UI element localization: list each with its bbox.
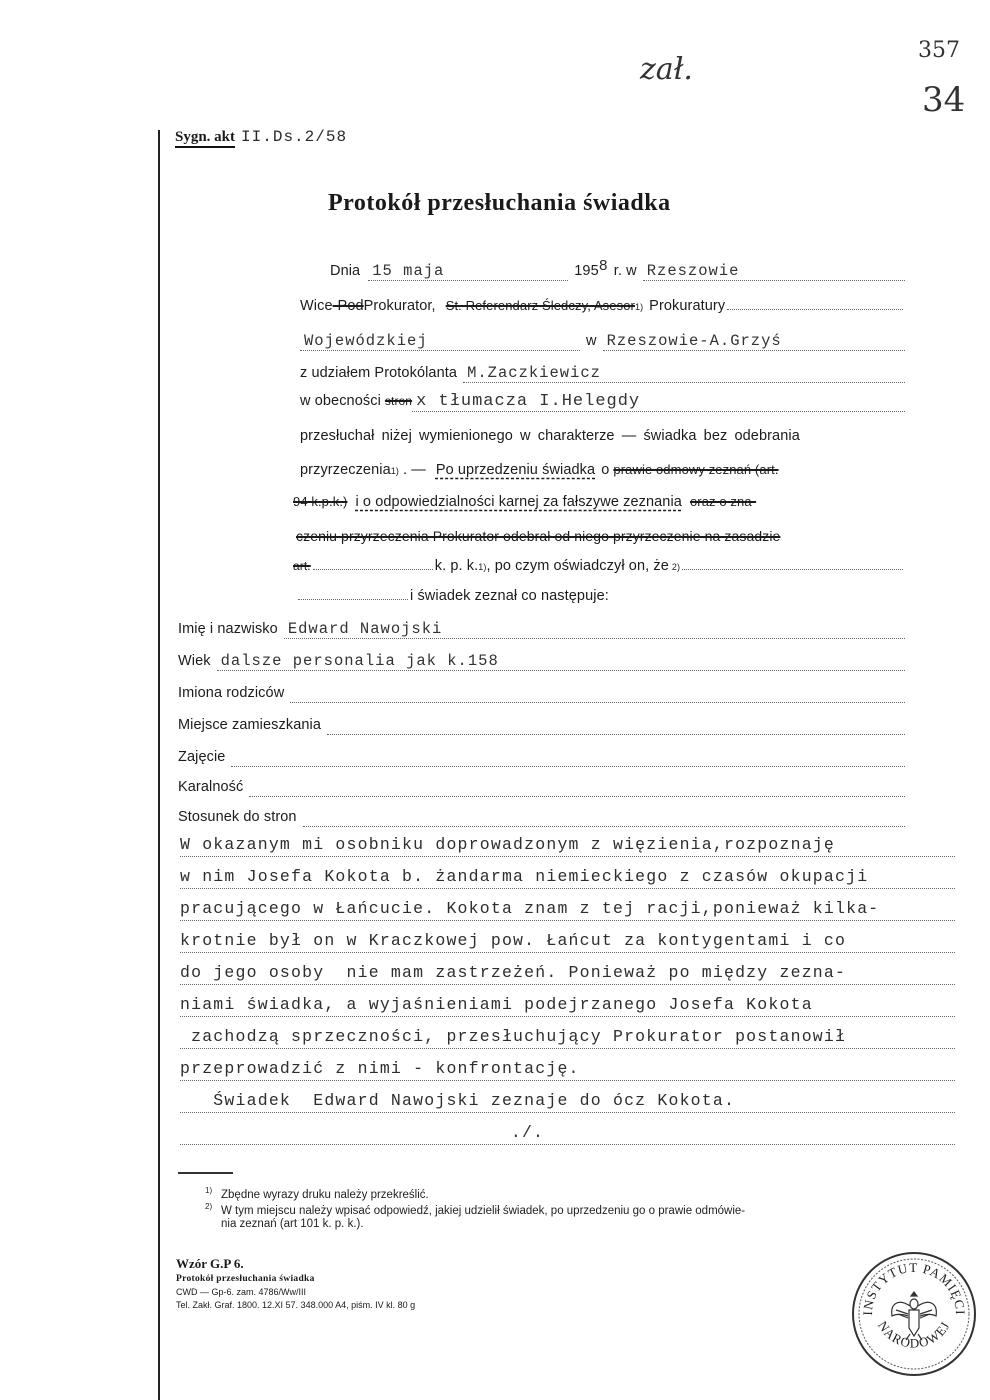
role-prefix: Wice [300, 298, 333, 314]
personal-field-label: Miejsce zamieszkania [178, 717, 321, 733]
presence-value: x tłumacza I.Helegdy [412, 392, 905, 412]
w-label: w [586, 333, 597, 349]
prokuratury-label: Prokuratury [649, 298, 725, 314]
date-label: Dnia [330, 263, 360, 279]
footnote: 2)W tym miejscu należy wpisać odpowiedź,… [205, 1202, 745, 1217]
footnote-text: Zbędne wyrazy druku należy przekreślić. [221, 1189, 429, 1201]
form-model: Wzór G.P 6. [176, 1256, 244, 1272]
place-value: Rzeszowie [643, 262, 905, 281]
role-struck-1: -Pod [333, 298, 364, 314]
para-line-2: przyrzeczenia 1) . — Po uprzedzeniu świa… [300, 462, 905, 478]
footnote-text: nia zeznań (art 101 k. p. k.). [221, 1218, 364, 1230]
para-text-2b: . — [403, 462, 426, 478]
personal-field-value [303, 808, 905, 827]
footnote-ref: 1) [478, 562, 486, 572]
testimony-line: krotnie był on w Kraczkowej pow. Łańcut … [180, 930, 955, 953]
testimony-line: W okazanym mi osobniku doprowadzonym z w… [180, 834, 955, 857]
footnote-ref: 1) [635, 302, 643, 312]
para-text-5: k. p. k. [435, 558, 479, 574]
role-line: Wice -Pod Prokurator, St. Referendarz Śl… [300, 298, 905, 314]
footnote-ref-2: 2) [672, 562, 680, 572]
presence-struck: stron [385, 394, 412, 408]
personal-field-label: Wiek [178, 653, 211, 669]
personal-field-row: Imię i nazwiskoEdward Nawojski [178, 620, 905, 639]
para-struck-2: prawie odmowy zeznań (art. [613, 462, 778, 477]
footnote: nia zeznań (art 101 k. p. k.). [205, 1218, 364, 1230]
svg-text:NARODOWEJ: NARODOWEJ [875, 1318, 953, 1350]
date-line: Dnia 15 maja 195 8 r. w Rzeszowie [330, 262, 905, 281]
presence-label: w obecności [300, 393, 381, 409]
personal-field-value: dalsze personalia jak k.158 [217, 652, 905, 671]
personal-field-label: Imię i nazwisko [178, 621, 278, 637]
stamp-bottom-text: NARODOWEJ [875, 1318, 953, 1350]
para-line-5: art. k. p. k. 1) , po czym oświadczył on… [293, 558, 905, 574]
footnote-separator [178, 1172, 233, 1174]
location-value: Rzeszowie-A.Grzyś [603, 332, 905, 351]
presence-line: w obecności stron x tłumacza I.Helegdy [300, 392, 905, 412]
personal-field-row: Wiekdalsze personalia jak k.158 [178, 652, 905, 671]
personal-field-value [249, 778, 905, 797]
para-text-5-rest: , po czym oświadczył on, że [486, 558, 668, 574]
role-text: Prokurator, [364, 298, 436, 314]
date-value: 15 maja [368, 262, 568, 281]
footnote: 1)Zbędne wyrazy druku należy przekreślić… [205, 1186, 429, 1201]
year-suffix: 8 [599, 258, 608, 275]
para-line-1: przesłuchał niżej wymienionego w charakt… [300, 428, 905, 444]
recorder-line: z udziałem Protokólanta M.Zaczkiewicz [300, 364, 905, 383]
para-text-2c: o [601, 462, 609, 478]
office-line: Wojewódzkiej w Rzeszowie-A.Grzyś [300, 332, 905, 351]
handwritten-page-number-2: 34 [922, 80, 965, 120]
para-line-4: czeniu przyrzeczenia Prokurator odebrał … [296, 528, 905, 544]
testimony-line: ./. [180, 1122, 955, 1145]
para-struck-5: art. [293, 559, 311, 573]
footnote-ref: 1) [391, 466, 399, 476]
para-underlined-2: Po uprzedzeniu świadka [436, 462, 595, 478]
testimony-line: Świadek Edward Nawojski zeznaje do ócz K… [180, 1090, 955, 1113]
dotted-fill [682, 568, 903, 570]
case-signature: Sygn. akt II.Ds.2/58 [175, 128, 347, 148]
office-value: Wojewódzkiej [300, 332, 580, 351]
personal-field-row: Imiona rodziców [178, 684, 905, 703]
testimony-line: przeprowadzić z nimi - konfrontację. [180, 1058, 955, 1081]
footnote-mark: 2) [205, 1202, 221, 1211]
recorder-label: z udziałem Protokólanta [300, 365, 457, 381]
form-name: Protokół przesłuchania świadka [176, 1274, 315, 1284]
testimony-line: w nim Josefa Kokota b. żandarma niemieck… [180, 866, 955, 889]
margin-line [158, 130, 160, 1400]
testimony-line: do jego osoby nie mam zastrzeżeń. Poniew… [180, 962, 955, 985]
svg-text:INSTYTUT PAMIĘCI: INSTYTUT PAMIĘCI [860, 1260, 968, 1316]
handwritten-note: zał. [640, 52, 693, 87]
personal-field-value [290, 684, 905, 703]
para-struck-3-end: oraz o zna- [690, 494, 756, 509]
ipn-stamp: INSTYTUT PAMIĘCI NARODOWEJ [852, 1252, 976, 1376]
para-text-1: przesłuchał niżej wymienionego w charakt… [300, 428, 800, 444]
case-signature-label: Sygn. akt [175, 129, 235, 148]
testimony-line: pracującego w Łańcucie. Kokota znam z te… [180, 898, 955, 921]
personal-field-row: Miejsce zamieszkania [178, 716, 905, 735]
form-cwd: CWD — Gp-6. zam. 4786/Ww/III [176, 1287, 306, 1297]
personal-field-value [231, 748, 905, 767]
year-prefix: 195 [574, 263, 599, 279]
para-text-2a: przyrzeczenia [300, 462, 391, 478]
para-text-6: i świadek zeznał co następuje: [410, 588, 609, 604]
stamp-graphic: INSTYTUT PAMIĘCI NARODOWEJ [854, 1254, 974, 1374]
para-line-6: i świadek zeznał co następuje: [296, 588, 905, 604]
personal-field-label: Imiona rodziców [178, 685, 284, 701]
para-underlined-3: i o odpowiedzialności karnej za fałszywe… [355, 494, 682, 510]
dotted-fill [313, 568, 433, 570]
personal-field-value: Edward Nawojski [284, 620, 905, 639]
para-struck-4: czeniu przyrzeczenia Prokurator odebrał … [296, 528, 780, 544]
testimony-line: zachodzą sprzeczności, przesłuchujący Pr… [180, 1026, 955, 1049]
para-line-3: 94 k.p.k.) i o odpowiedzialności karnej … [293, 494, 905, 510]
case-signature-value: II.Ds.2/58 [241, 128, 347, 146]
document-title: Protokół przesłuchania świadka [328, 190, 671, 217]
testimony-line: niami świadka, a wyjaśnieniami podejrzan… [180, 994, 955, 1017]
recorder-value: M.Zaczkiewicz [463, 364, 905, 383]
r-w-label: r. w [614, 263, 637, 279]
footnote-mark: 1) [205, 1186, 221, 1195]
personal-field-label: Stosunek do stron [178, 809, 297, 825]
form-print-info: Tel. Zakł. Graf. 1800. 12.XI 57. 348.000… [176, 1300, 415, 1310]
personal-field-label: Zajęcie [178, 749, 225, 765]
personal-field-row: Karalność [178, 778, 905, 797]
personal-field-row: Stosunek do stron [178, 808, 905, 827]
footnote-text: W tym miejscu należy wpisać odpowiedź, j… [221, 1205, 745, 1217]
personal-field-label: Karalność [178, 779, 243, 795]
dotted-fill [298, 598, 408, 600]
personal-field-value [327, 716, 905, 735]
role-struck-2: St. Referendarz Śledczy, Asesor [446, 298, 635, 313]
dotted-fill [727, 308, 903, 310]
handwritten-page-number-1: 357 [918, 38, 960, 63]
para-struck-3: 94 k.p.k.) [293, 494, 347, 509]
personal-field-row: Zajęcie [178, 748, 905, 767]
stamp-top-text: INSTYTUT PAMIĘCI [860, 1260, 968, 1316]
